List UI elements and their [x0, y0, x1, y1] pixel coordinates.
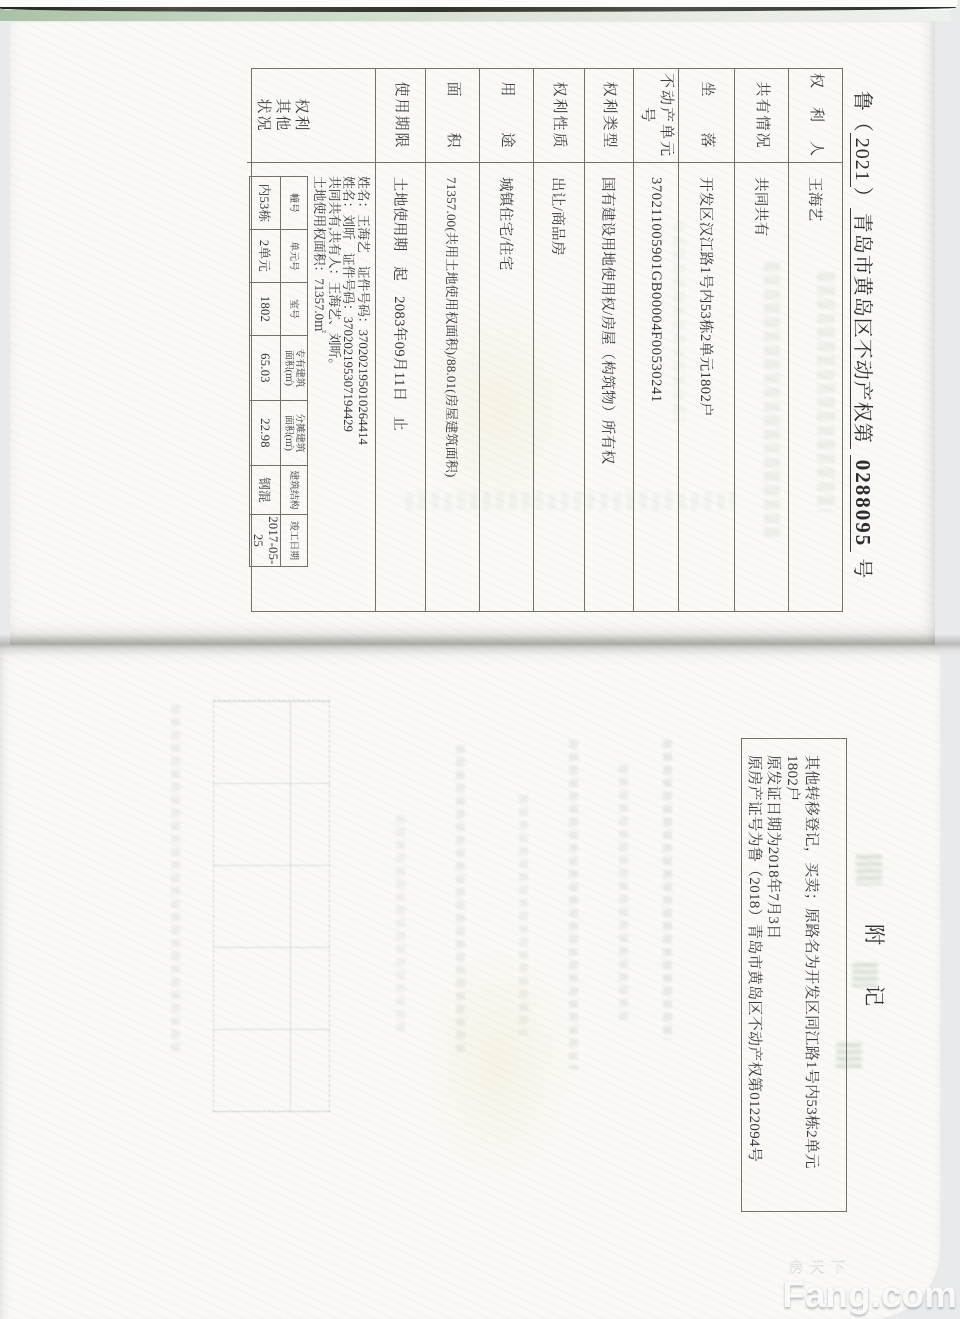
- field-value: 开发区汉江路1号内53栋2单元1802户: [679, 163, 734, 611]
- field-label: 面 积: [426, 69, 479, 163]
- photo-of-certificate: 鲁（2021）青岛市黄岛区不动产权第 0288095 号 权 利 人 王海艺 共…: [0, 0, 960, 1319]
- field-label: 共有情况: [735, 69, 788, 163]
- rotated-document-spread: 鲁（2021）青岛市黄岛区不动产权第 0288095 号 权 利 人 王海艺 共…: [0, 0, 960, 1319]
- cell-value: 65.03: [250, 336, 281, 401]
- faint-stamp-mark: [852, 963, 878, 987]
- building-detail-header-row: 幢号 单元号 室号 专有建筑 面积(㎡) 分摊建筑 面积(㎡) 建筑结构 竣工日…: [281, 177, 308, 567]
- header-number: 0288095: [850, 455, 875, 553]
- field-label: 坐 落: [679, 69, 734, 163]
- certificate-header: 鲁（2021）青岛市黄岛区不动产权第 0288095 号: [850, 50, 879, 620]
- bleed-through-line: [519, 795, 528, 1035]
- field-value: 国有建设用地使用权/房屋（构筑物）所有权: [585, 163, 633, 611]
- table-row: 用 途 城镇住宅/住宅: [479, 69, 533, 611]
- field-label: 权 利 人: [789, 69, 842, 163]
- cell-value: 钢混: [250, 466, 281, 515]
- col-header: 专有建筑 面积(㎡): [281, 336, 308, 401]
- field-value: 370211005901GB00004F00530241: [634, 163, 678, 611]
- owner-line: 姓名：王海艺 证件号码：370202195010264414: [356, 176, 371, 605]
- field-label: 权利类型: [585, 69, 633, 163]
- table-row: 使用期限 土地使用期 起 2083年09月11日 止: [375, 69, 425, 611]
- cell-value: 1802: [250, 283, 281, 336]
- col-header: 室号: [281, 283, 308, 336]
- certificate-table: 权 利 人 王海艺 共有情况 共同共有 坐 落 开发区汉江路1号内53栋2单元1…: [251, 68, 843, 612]
- building-detail-value-row: 内53栋 2单元 1802 65.03 22.98 钢混 2017-05-25: [250, 177, 281, 567]
- table-row-other-rights: 权利 其他 状况 姓名：王海艺 证件号码：370202195010264414 …: [247, 69, 375, 611]
- field-label: 使用期限: [376, 69, 425, 163]
- field-label-other-rights: 权利 其他 状况: [247, 69, 375, 163]
- cell-value: 2017-05-25: [250, 515, 281, 567]
- bleed-through-line: [396, 815, 405, 1035]
- bleed-through-line: [171, 705, 180, 1055]
- bleed-through-line: [619, 765, 628, 1025]
- header-region-type: 青岛市黄岛区不动产权第: [850, 208, 873, 449]
- building-detail-table: 幢号 单元号 室号 专有建筑 面积(㎡) 分摊建筑 面积(㎡) 建筑结构 竣工日…: [249, 176, 308, 567]
- owner-line: 姓名：刘昕 证件号码：370202195307194429: [341, 176, 356, 605]
- table-row: 面 积 71357.00(共用土地使用权面积)/88.01(房屋建筑面积): [425, 69, 479, 611]
- header-post: 号: [851, 558, 873, 579]
- field-value: 土地使用期 起 2083年09月11日 止: [376, 163, 425, 611]
- field-value: 71357.00(共用土地使用权面积)/88.01(房屋建筑面积): [426, 163, 479, 611]
- bleed-through-line: [569, 740, 578, 1070]
- table-row: 不动产单元号 370211005901GB00004F00530241: [633, 69, 678, 611]
- cell-value: 22.98: [250, 401, 281, 466]
- header-mid: ）: [851, 187, 873, 208]
- col-header: 单元号: [281, 230, 308, 283]
- annex-page: 附记 其他转移登记，买卖；原路名为开发区同江路1号内53栋2单元1802户 原发…: [0, 645, 940, 1319]
- table-row: 共有情况 共同共有: [734, 69, 788, 611]
- annex-line: 原房产证号为鲁（2018）青岛市黄岛区不动产权第0122094号: [744, 755, 763, 1187]
- field-value: 王海艺: [789, 163, 842, 611]
- cell-value: 内53栋: [250, 177, 281, 230]
- bleed-through-line: [663, 740, 672, 1040]
- faint-stamp-mark: [856, 855, 882, 885]
- field-label: 用 途: [480, 69, 533, 163]
- table-row: 权利类型 国有建设用地使用权/房屋（构筑物）所有权: [584, 69, 633, 611]
- annex-line: 其他转移登记，买卖；原路名为开发区同江路1号内53栋2单元1802户: [782, 755, 820, 1187]
- table-row: 坐 落 开发区汉江路1号内53栋2单元1802户: [678, 69, 734, 611]
- field-label: 权利性质: [534, 69, 584, 163]
- cell-value: 2单元: [250, 230, 281, 283]
- header-year: 2021: [850, 133, 873, 187]
- watermark: 房天下 Fang.com: [782, 1259, 957, 1313]
- watermark-cn-label: 房天下: [788, 1259, 957, 1274]
- owner-line: 共同共有,共有人：王海艺、刘昕。: [327, 176, 342, 605]
- field-label: 不动产单元号: [634, 69, 678, 163]
- col-header: 幢号: [281, 177, 308, 230]
- col-header: 建筑结构: [281, 466, 308, 515]
- field-value: 共同共有: [735, 163, 788, 611]
- other-rights-cell: 姓名：王海艺 证件号码：370202195010264414 姓名：刘昕 证件号…: [247, 163, 375, 611]
- annex-text-box: 其他转移登记，买卖；原路名为开发区同江路1号内53栋2单元1802户 原发证日期…: [741, 738, 847, 1212]
- table-row: 权 利 人 王海艺: [788, 69, 842, 611]
- col-header: 分摊建筑 面积(㎡): [281, 401, 308, 466]
- field-value: 出让/商品房: [534, 163, 584, 611]
- field-value: 城镇住宅/住宅: [480, 163, 533, 611]
- col-header: 竣工日期: [281, 515, 308, 567]
- page-fold-seam: [0, 634, 960, 656]
- certificate-page: 鲁（2021）青岛市黄岛区不动产权第 0288095 号 权 利 人 王海艺 共…: [10, 22, 935, 645]
- owner-line: 土地使用权面积：71357.0㎡: [312, 176, 327, 605]
- header-pre: 鲁（: [851, 91, 873, 133]
- table-row: 权利性质 出让/商品房: [533, 69, 584, 611]
- bleed-through-table: [213, 700, 330, 1112]
- annex-line: 原发证日期为2018年7月3日: [763, 755, 782, 1187]
- watermark-en-label: Fang.com: [782, 1276, 957, 1313]
- bleed-through-line: [456, 745, 465, 1055]
